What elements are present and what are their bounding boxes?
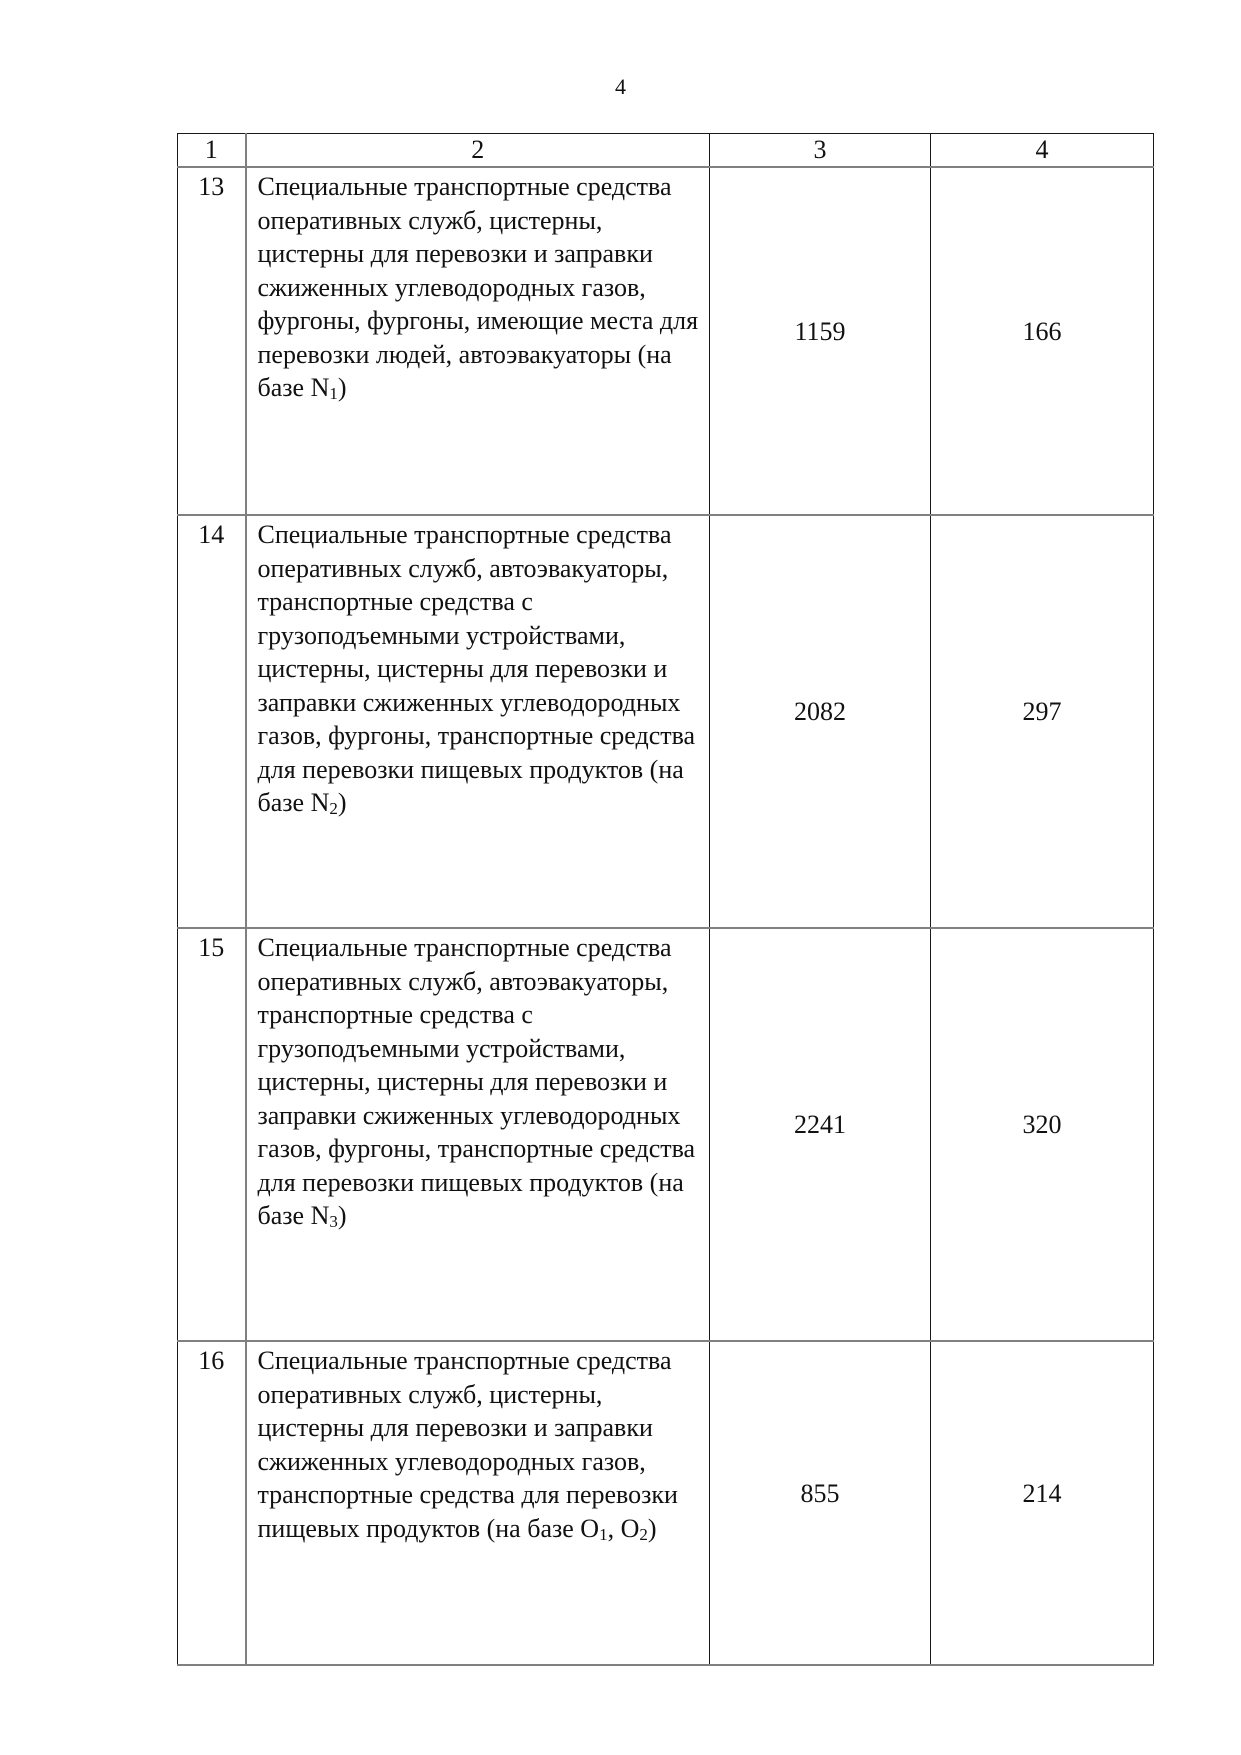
value-col4: 166: [931, 315, 1153, 348]
table-row: 14 Специальные транспортные средства опе…: [178, 515, 1154, 928]
row-value-col3: 2082: [710, 515, 931, 928]
table-header-row: 1 2 3 4: [178, 134, 1154, 168]
table-row: 16 Специальные транспортные средства опе…: [178, 1341, 1154, 1665]
value-col3: 2241: [710, 1108, 930, 1141]
row-value-col3: 1159: [710, 167, 931, 515]
value-col3: 2082: [710, 695, 930, 728]
row-number: 15: [178, 928, 246, 1341]
column-header-1: 1: [178, 134, 246, 168]
value-col4: 320: [931, 1108, 1153, 1141]
row-value-col4: 166: [931, 167, 1154, 515]
value-col3: 1159: [710, 315, 930, 348]
description-text: Специальные транспортные средства операт…: [258, 933, 696, 1230]
row-value-col4: 320: [931, 928, 1154, 1341]
row-description: Специальные транспортные средства операт…: [246, 928, 710, 1341]
page-number: 4: [0, 74, 1241, 100]
value-col4: 297: [931, 695, 1153, 728]
row-value-col4: 214: [931, 1341, 1154, 1665]
description-tail: ): [338, 788, 347, 817]
data-table: 1 2 3 4 13 Специальные транспортные сред…: [177, 133, 1154, 1666]
description-text: Специальные транспортные средства операт…: [258, 520, 696, 817]
column-header-4: 4: [931, 134, 1154, 168]
base-subscript: 2: [329, 799, 338, 818]
row-number: 16: [178, 1341, 246, 1665]
description-mid: , O: [608, 1514, 640, 1543]
description-text: Специальные транспортные средства операт…: [258, 172, 699, 402]
description-tail: ): [338, 1201, 347, 1230]
row-description: Специальные транспортные средства операт…: [246, 167, 710, 515]
row-value-col4: 297: [931, 515, 1154, 928]
row-value-col3: 855: [710, 1341, 931, 1665]
row-number: 14: [178, 515, 246, 928]
row-value-col3: 2241: [710, 928, 931, 1341]
value-col3: 855: [710, 1477, 930, 1510]
base-subscript: 3: [329, 1212, 338, 1231]
column-header-3: 3: [710, 134, 931, 168]
base-subscript-2: 2: [639, 1525, 648, 1544]
row-description: Специальные транспортные средства операт…: [246, 1341, 710, 1665]
row-description: Специальные транспортные средства операт…: [246, 515, 710, 928]
base-subscript: 1: [599, 1525, 608, 1544]
value-col4: 214: [931, 1477, 1153, 1510]
row-number: 13: [178, 167, 246, 515]
description-tail: ): [338, 373, 347, 402]
column-header-2: 2: [246, 134, 710, 168]
table-row: 13 Специальные транспортные средства опе…: [178, 167, 1154, 515]
base-subscript: 1: [329, 384, 338, 403]
table-row: 15 Специальные транспортные средства опе…: [178, 928, 1154, 1341]
description-tail: ): [648, 1514, 657, 1543]
